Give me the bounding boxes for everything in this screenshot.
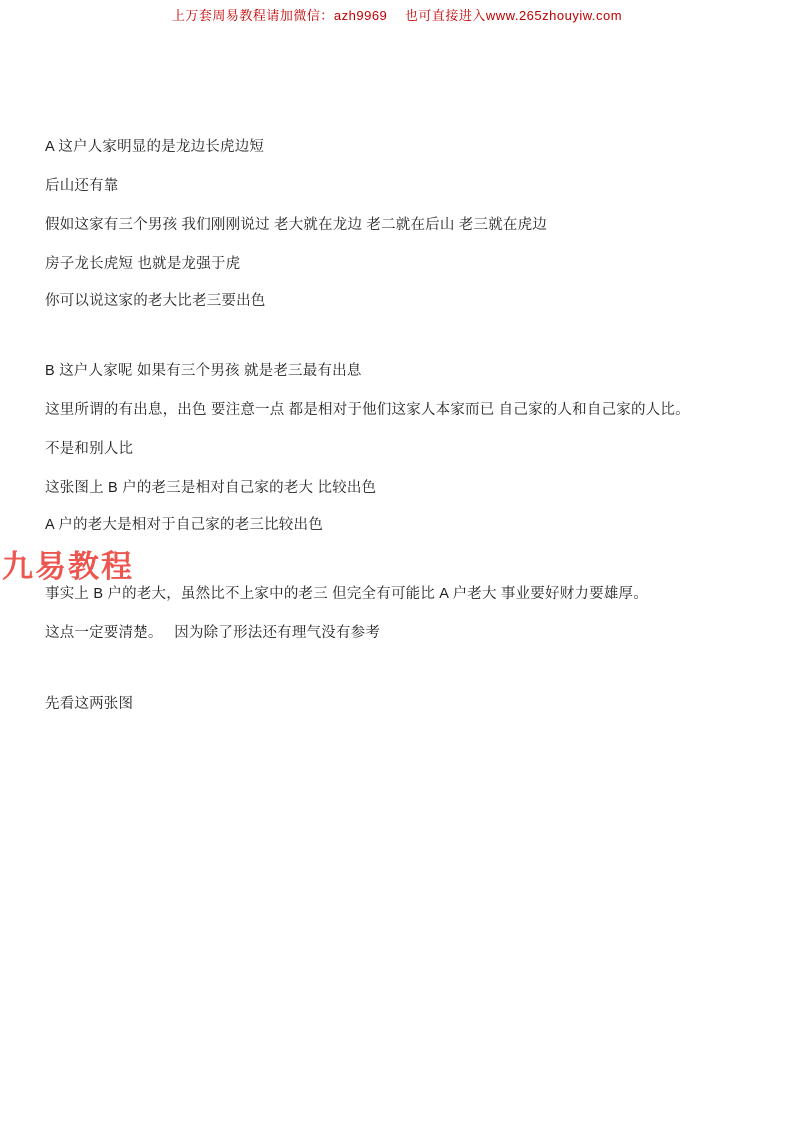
paragraph: 不是和别人比	[45, 441, 133, 457]
paragraph: B 这户人家呢 如果有三个男孩 就是老三最有出息	[45, 363, 362, 379]
paragraph: A 户的老大是相对于自己家的老三比较出色	[45, 517, 323, 533]
paragraph: 你可以说这家的老大比老三要出色	[45, 293, 266, 309]
paragraph: A 这户人家明显的是龙边长虎边短	[45, 139, 264, 155]
paragraph: 这张图上 B 户的老三是相对自己家的老大 比较出色	[45, 480, 376, 496]
paragraph: 假如这家有三个男孩 我们刚刚说过 老大就在龙边 老二就在后山 老三就在虎边	[45, 217, 547, 233]
paragraph: 后山还有靠	[45, 178, 119, 194]
site-watermark: 九易教程	[2, 541, 134, 586]
paragraph: 这点一定要清楚。 因为除了形法还有理气没有参考	[45, 625, 380, 641]
paragraph: 先看这两张图	[45, 696, 133, 712]
document-page: 上万套周易教程请加微信：azh9969 也可直接进入www.265zhouyiw…	[0, 0, 794, 1123]
paragraph: 这里所谓的有出息，出色 要注意一点 都是相对于他们这家人本家而已 自己家的人和自…	[45, 402, 690, 418]
paragraph: 房子龙长虎短 也就是龙强于虎	[45, 256, 240, 272]
promo-header-text: 上万套周易教程请加微信：azh9969 也可直接进入www.265zhouyiw…	[0, 5, 794, 24]
paragraph: 事实上 B 户的老大，虽然比不上家中的老三 但完全有可能比 A 户老大 事业要好…	[45, 586, 648, 602]
